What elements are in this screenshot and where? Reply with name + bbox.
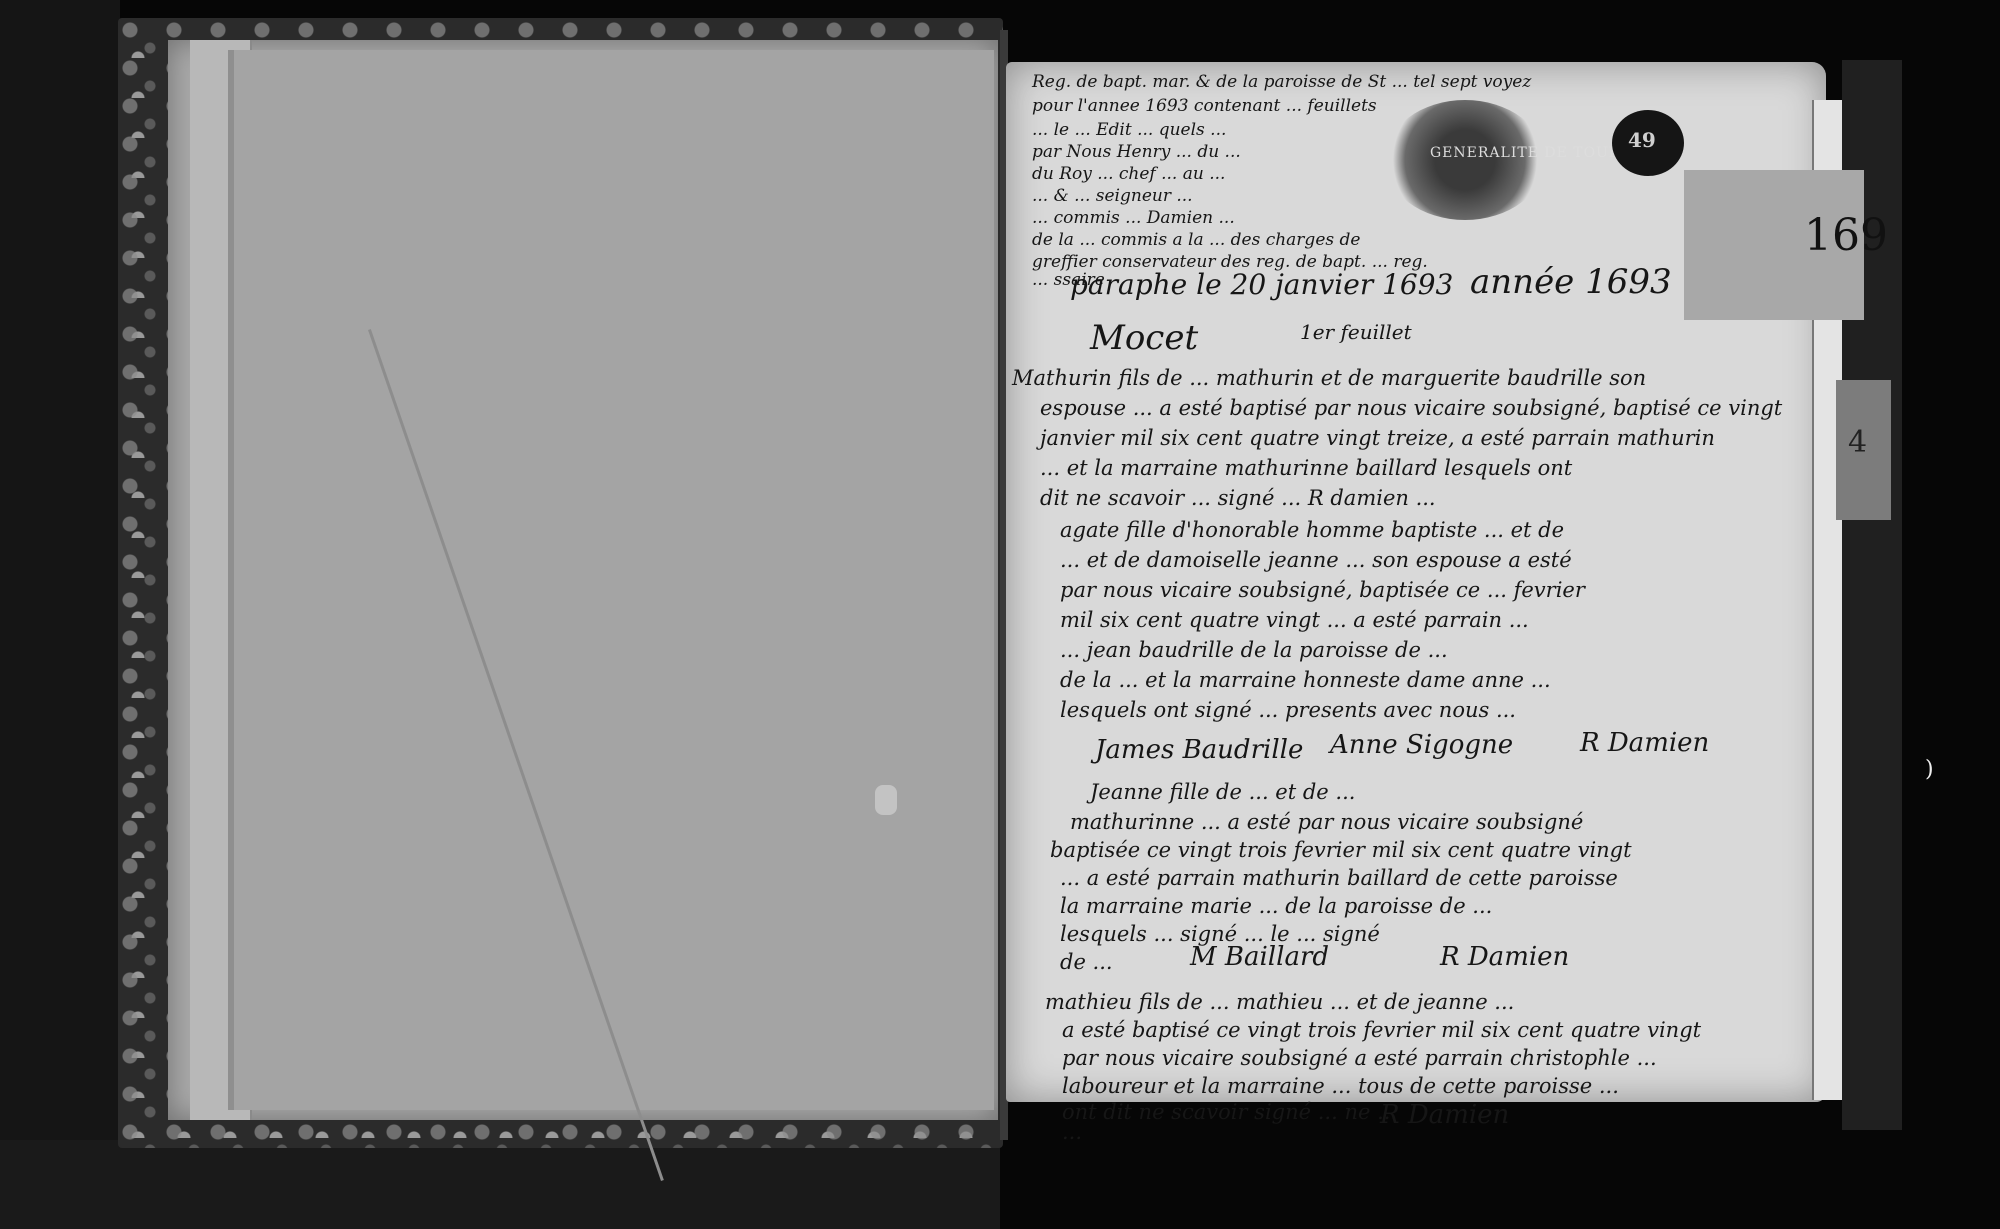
scan-artifact: ) <box>1925 757 1934 782</box>
blank-page <box>228 50 994 1110</box>
header-line: pour l'annee 1693 contenant ... feuillet… <box>1032 96 1377 116</box>
entry-line: par nous vicaire soubsigné, baptisée ce … <box>1060 578 1585 602</box>
scan-background-bottom <box>0 1140 1000 1229</box>
header-line: du Roy ... chef ... au ... <box>1032 164 1225 184</box>
entry-line: lesquels ont signé ... presents avec nou… <box>1060 698 1516 722</box>
margin-name: Mocet <box>1090 318 1198 358</box>
entry-line: de ... <box>1060 950 1113 974</box>
entry-line: ... a esté parrain mathurin baillard de … <box>1060 866 1618 890</box>
folio-label: 1er feuillet <box>1300 320 1412 344</box>
scan-background-left <box>0 0 120 1229</box>
entry-line: ... et de damoiselle jeanne ... son espo… <box>1060 548 1572 572</box>
signature: R Damien <box>1380 1100 1509 1130</box>
side-tab: 4 <box>1836 380 1891 520</box>
header-line: par Nous Henry ... du ... <box>1032 142 1241 162</box>
seal-text: GENERALITE DE TOURS <box>1430 145 1631 161</box>
header-line: ... & ... seigneur ... <box>1032 186 1193 206</box>
header-line: ... le ... Edit ... quels ... <box>1032 120 1226 140</box>
signature: James Baudrille <box>1095 735 1303 765</box>
entry-line: ont dit ne scavoir signé ... ne ... <box>1062 1100 1397 1124</box>
entry-line: la marraine marie ... de la paroisse de … <box>1060 894 1492 918</box>
entry-line: mathurinne ... a esté par nous vicaire s… <box>1070 810 1583 834</box>
header-line: de la ... commis a la ... des charges de <box>1032 230 1360 250</box>
entry-line: espouse ... a esté baptisé par nous vica… <box>1040 396 1782 420</box>
header-line: ... commis ... Damien ... <box>1032 208 1235 228</box>
entry-line: laboureur et la marraine ... tous de cet… <box>1062 1074 1619 1098</box>
entry-line: ... et la marraine mathurinne baillard l… <box>1040 456 1572 480</box>
entry-line: ... <box>1062 1120 1082 1144</box>
entry-line: Mathurin fils de ... mathurin et de marg… <box>1012 366 1646 390</box>
paraphe-date: paraphe le 20 janvier 1693 <box>1070 268 1453 301</box>
entry-line: baptisée ce vingt trois fevrier mil six … <box>1050 838 1632 862</box>
entry-line: mathieu fils de ... mathieu ... et de je… <box>1045 990 1514 1014</box>
entry-line: de la ... et la marraine honneste dame a… <box>1060 668 1551 692</box>
year-heading: année 1693 <box>1470 262 1672 302</box>
side-tab-mark: 4 <box>1848 425 1867 460</box>
entry-line: janvier mil six cent quatre vingt treize… <box>1040 426 1715 450</box>
paper-blemish <box>875 785 897 815</box>
left-page-endpaper <box>168 40 998 1120</box>
entry-line: Jeanne fille de ... et de ... <box>1090 780 1355 804</box>
entry-line: par nous vicaire soubsigné a esté parrai… <box>1062 1046 1657 1070</box>
folio-number: 169 <box>1804 210 1888 261</box>
entry-line: dit ne scavoir ... signé ... R damien ..… <box>1040 486 1436 510</box>
entry-line: ... jean baudrille de la paroisse de ... <box>1060 638 1448 662</box>
signature: R Damien <box>1440 942 1569 972</box>
signature: M Baillard <box>1190 942 1329 972</box>
signature: R Damien <box>1580 728 1709 758</box>
header-line: Reg. de bapt. mar. & de la paroisse de S… <box>1032 72 1531 92</box>
entry-line: a esté baptisé ce vingt trois fevrier mi… <box>1062 1018 1701 1042</box>
signature: Anne Sigogne <box>1330 730 1513 760</box>
small-stamp-number: 49 <box>1628 128 1656 152</box>
entry-line: agate fille d'honorable homme baptiste .… <box>1060 518 1564 542</box>
entry-line: mil six cent quatre vingt ... a esté par… <box>1060 608 1529 632</box>
